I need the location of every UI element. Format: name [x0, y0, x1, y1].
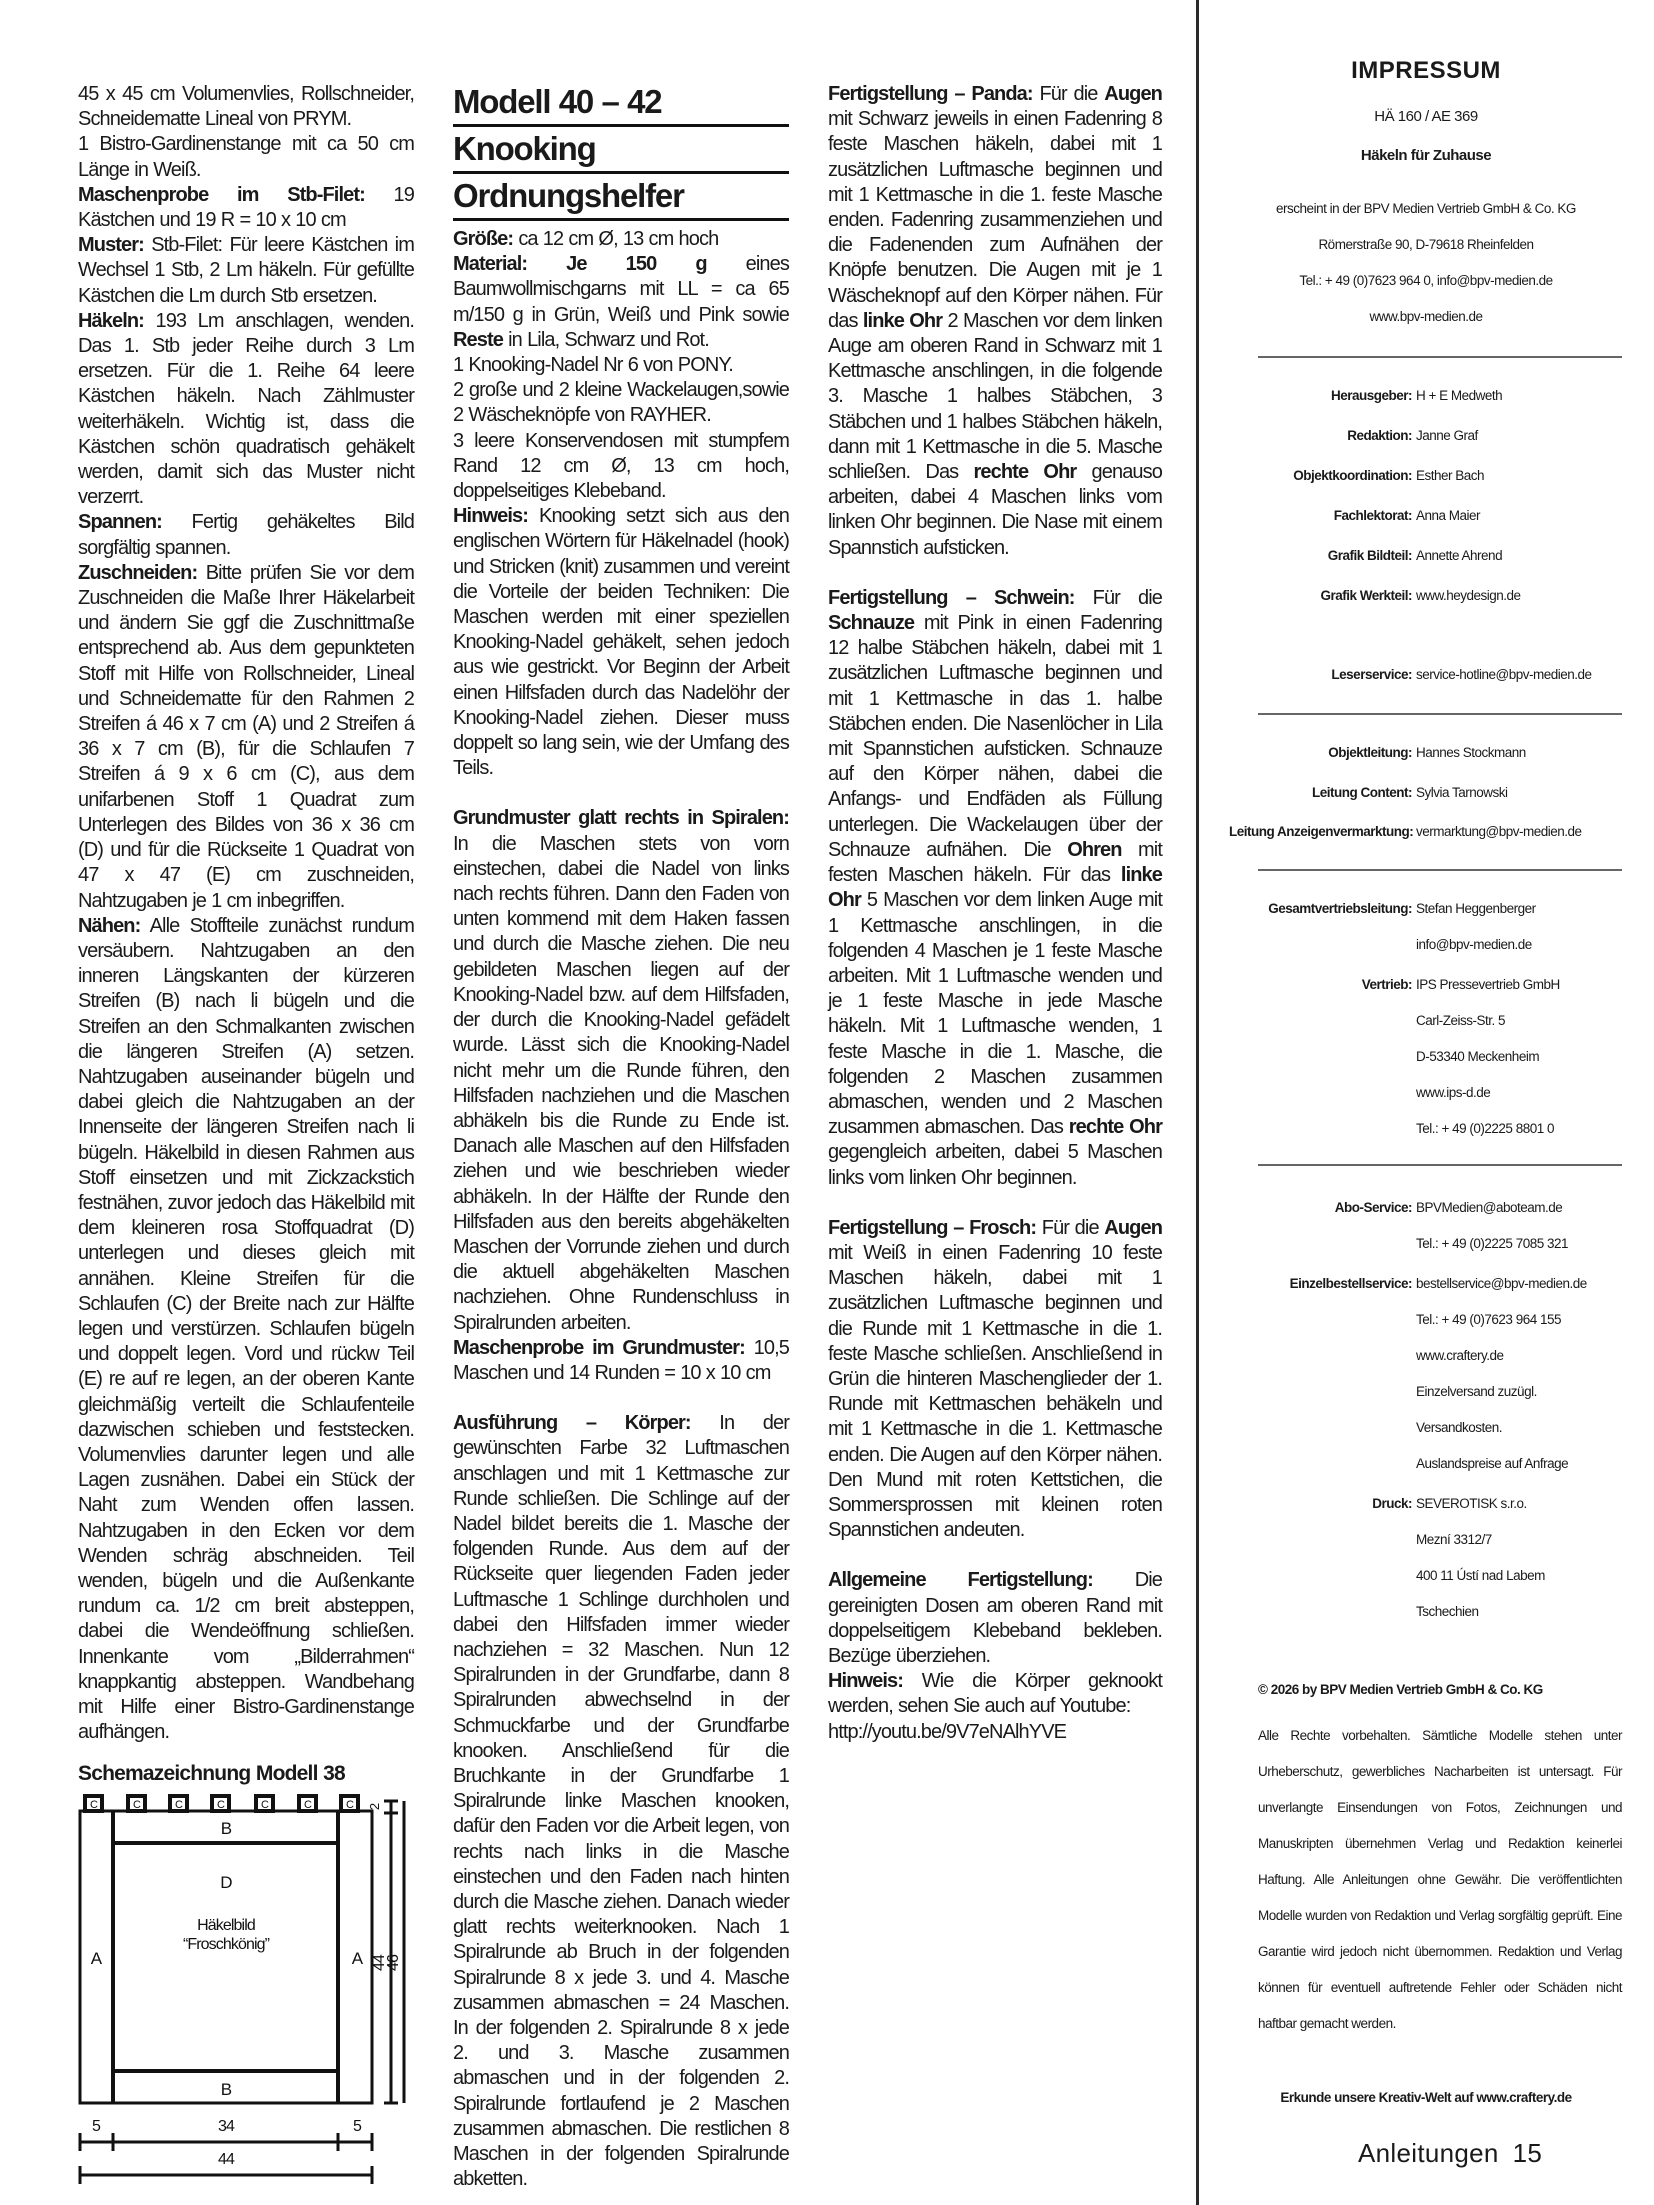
credit-row: D-53340 Meckenheim: [1229, 1049, 1623, 1064]
publisher-line: erscheint in der BPV Medien Vertrieb Gmb…: [1229, 201, 1623, 216]
credit-row: Leserservice:service-hotline@bpv-medien.…: [1229, 667, 1623, 682]
sewing-paragraph: Nähen: Alle Stoffteile zunächst rundum v…: [78, 914, 414, 1746]
material-paragraph: 1 Knooking-Nadel Nr 6 von PONY.: [453, 353, 789, 378]
gauge-label: Maschenprobe im Stb-Filet:: [78, 184, 365, 206]
publisher-website[interactable]: www.bpv-medien.de: [1229, 309, 1623, 324]
credit-row: Vertrieb:IPS Pressevertrieb GmbH: [1229, 977, 1623, 992]
general-finishing-paragraph: Allgemeine Fertigstellung: Die gereinigt…: [828, 1568, 1162, 1669]
credit-row: Leitung Content:Sylvia Tarnowski: [1229, 785, 1623, 800]
instructions-column-1: 45 x 45 cm Volumenvlies, Rollschneider, …: [78, 82, 414, 2191]
strip-a-right-label: A: [352, 1949, 364, 1968]
legal-notice: Alle Rechte vorbehalten. Sämtliche Model…: [1258, 1718, 1622, 2042]
strip-a-left-label: A: [91, 1949, 103, 1968]
material-paragraph: Material: Je 150 g eines Baumwollmischga…: [453, 252, 789, 353]
dim-right: 5: [353, 2118, 362, 2135]
model-title-line2: Knooking: [453, 129, 789, 174]
svg-text:C: C: [217, 1799, 225, 1811]
publisher-contact: Tel.: + 49 (0)7623 964 0, info@bpv-medie…: [1229, 273, 1623, 288]
credit-row: Einzelversand zuzügl.: [1229, 1384, 1623, 1399]
blocking-paragraph: Spannen: Fertig gehäkeltes Bild sorgfält…: [78, 510, 414, 560]
dim-total-width: 44: [218, 2151, 235, 2168]
column-divider: [1196, 0, 1199, 2205]
schema-title: Schemazeichnung Modell 38: [78, 1761, 414, 1786]
magazine-name: Häkeln für Zuhause: [1229, 147, 1623, 164]
credit-row: Fachlektorat:Anna Maier: [1229, 508, 1623, 523]
body-instructions-paragraph: Ausführung – Körper: In der gewünschten …: [453, 1411, 789, 2192]
page-number: 15: [1513, 2138, 1543, 2168]
caption-line1: Häkelbild: [197, 1917, 255, 1934]
note-paragraph: Hinweis: Knooking setzt sich aus den eng…: [453, 504, 789, 781]
youtube-link[interactable]: http://youtu.be/9V7eNAlhYVE: [828, 1721, 1066, 1743]
material-paragraph: 3 leere Konservendosen mit stumpfem Rand…: [453, 429, 789, 505]
instructions-column-2: Modell 40 – 42 Knooking Ordnungshelfer G…: [453, 82, 789, 2192]
credit-row: Mezní 3312/7: [1229, 1532, 1623, 1547]
publisher-address: Römerstraße 90, D-79618 Rheinfelden: [1229, 237, 1623, 252]
divider-rule: [1258, 1164, 1622, 1166]
svg-text:C: C: [175, 1799, 183, 1811]
credit-row: Objektkoordination:Esther Bach: [1229, 468, 1623, 483]
panda-paragraph: Fertigstellung – Panda: Für die Augen mi…: [828, 82, 1162, 561]
frog-paragraph: Fertigstellung – Frosch: Für die Augen m…: [828, 1216, 1162, 1544]
total-height-dim: 46: [385, 1954, 402, 1971]
loop-height-dim: 2: [367, 1803, 382, 1810]
page-footer: Anleitungen15: [1358, 2138, 1542, 2169]
credit-row: www.craftery.de: [1229, 1348, 1623, 1363]
pig-paragraph: Fertigstellung – Schwein: Für die Schnau…: [828, 586, 1162, 1191]
divider-rule: [1258, 869, 1622, 871]
credit-row: info@bpv-medien.de: [1229, 937, 1623, 952]
copyright-line: © 2026 by BPV Medien Vertrieb GmbH & Co.…: [1258, 1682, 1543, 1697]
credit-row: Abo-Service:BPVMedien@aboteam.de: [1229, 1200, 1623, 1215]
credit-row: Versandkosten.: [1229, 1420, 1623, 1435]
pattern-paragraph: Muster: Stb-Filet: Für leere Kästchen im…: [78, 233, 414, 309]
strip-b-top-label: B: [221, 1819, 232, 1838]
note-paragraph: Hinweis: Wie die Körper geknookt werden,…: [828, 1669, 1162, 1745]
credit-row: Carl-Zeiss-Str. 5: [1229, 1013, 1623, 1028]
cutting-label: Zuschneiden:: [78, 562, 197, 584]
pattern-label: Muster:: [78, 234, 144, 256]
square-d-label: D: [220, 1873, 232, 1892]
svg-text:C: C: [261, 1799, 269, 1811]
credit-row: www.ips-d.de: [1229, 1085, 1623, 1100]
credit-row: Objektleitung:Hannes Stockmann: [1229, 745, 1623, 760]
divider-rule: [1258, 713, 1622, 715]
credit-row: Redaktion:Janne Graf: [1229, 428, 1623, 443]
credit-row: Tschechien: [1229, 1604, 1623, 1619]
strip-b-bottom-label: B: [221, 2080, 232, 2099]
credit-row: Grafik Bildteil:Annette Ahrend: [1229, 548, 1623, 563]
impressum-title: IMPRESSUM: [1229, 57, 1623, 85]
svg-text:C: C: [304, 1799, 312, 1811]
caption-line2: “Froschkönig”: [183, 1936, 270, 1953]
credit-row: Gesamtvertriebsleitung:Stefan Heggenberg…: [1229, 901, 1623, 916]
blocking-label: Spannen:: [78, 511, 162, 533]
credit-row: Herausgeber:H + E Medweth: [1229, 388, 1623, 403]
sewing-label: Nähen:: [78, 915, 140, 937]
model-title-line3: Ordnungshelfer: [453, 176, 789, 221]
credit-row: Einzelbestellservice:bestellservice@bpv-…: [1229, 1276, 1623, 1291]
credit-row: Druck:SEVEROTISK s.r.o.: [1229, 1496, 1623, 1511]
loop-label: C: [90, 1799, 98, 1811]
gauge-paragraph: Maschenprobe im Stb-Filet: 19 Kästchen u…: [78, 183, 414, 233]
credit-row: Grafik Werkteil:www.heydesign.de: [1229, 588, 1623, 603]
divider-rule: [1258, 356, 1622, 358]
svg-text:C: C: [133, 1799, 141, 1811]
section-name: Anleitungen: [1358, 2138, 1499, 2168]
size-paragraph: Größe: ca 12 cm Ø, 13 cm hoch: [453, 227, 789, 252]
credit-row: Tel.: + 49 (0)7623 964 155: [1229, 1312, 1623, 1327]
schematic-diagram: C C C C C C C B B A A D Häkelbild “Frosc…: [78, 1791, 408, 2191]
credit-row: 400 11 Ústí nad Labem: [1229, 1568, 1623, 1583]
dim-left: 5: [92, 2118, 101, 2135]
model-title-line1: Modell 40 – 42: [453, 82, 789, 127]
materials-paragraph: 1 Bistro-Gardinenstange mit ca 50 cm Län…: [78, 132, 414, 182]
instructions-column-3: Fertigstellung – Panda: Für die Augen mi…: [828, 82, 1162, 1745]
materials-paragraph: 45 x 45 cm Volumenvlies, Rollschneider, …: [78, 82, 414, 132]
credit-row: Auslandspreise auf Anfrage: [1229, 1456, 1623, 1471]
crochet-label: Häkeln:: [78, 310, 144, 332]
credit-row: Tel.: + 49 (0)2225 8801 0: [1229, 1121, 1623, 1136]
dim-middle: 34: [218, 2118, 235, 2135]
cutting-paragraph: Zuschneiden: Bitte prüfen Sie vor dem Zu…: [78, 561, 414, 914]
material-paragraph: 2 große und 2 kleine Wackelaugen,sowie 2…: [453, 378, 789, 428]
credit-row: Leitung Anzeigenvermarktung:vermarktung@…: [1229, 824, 1623, 839]
credit-row: Tel.: + 49 (0)2225 7085 321: [1229, 1236, 1623, 1251]
website-cta[interactable]: Erkunde unsere Kreativ-Welt auf www.craf…: [1229, 2090, 1623, 2105]
crochet-paragraph: Häkeln: 193 Lm anschlagen, wenden. Das 1…: [78, 309, 414, 511]
issue-number: HÄ 160 / AE 369: [1229, 108, 1623, 125]
svg-text:C: C: [346, 1799, 354, 1811]
base-pattern-paragraph: Grundmuster glatt rechts in Spiralen: In…: [453, 806, 789, 1335]
gauge-paragraph: Maschenprobe im Grundmuster: 10,5 Masche…: [453, 1336, 789, 1386]
